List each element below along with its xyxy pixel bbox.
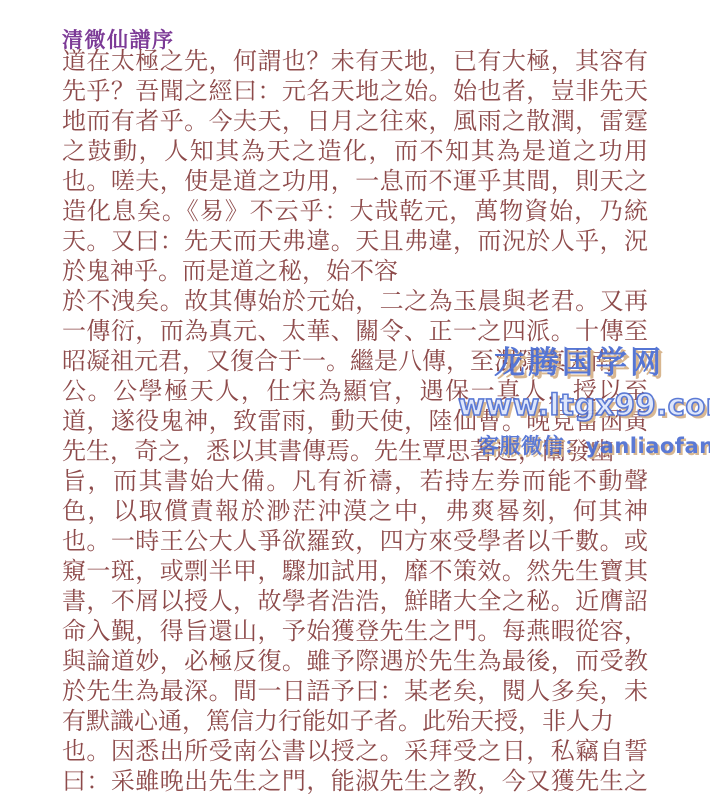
- text-body: 道在太極之先，何謂也？未有天地，已有大極，其容有先乎？吾聞之經曰：元名天地之始。…: [62, 47, 648, 797]
- text-line: 道在太極之先，何謂也？未有天地，已有大極，其容有: [62, 47, 648, 77]
- text-line: 也。因悉出所受南公書以授之。采拜受之日，私竊自誓: [62, 737, 648, 767]
- text-line: 有默識心通，篤信力行能如子者。此殆天授，非人力: [62, 707, 648, 737]
- text-line: 公。公學極天人，仕宋為顯官，遇保一真人，授以至: [62, 377, 648, 407]
- text-line: 曰：采雖晚出先生之門，能淑先生之教，今又獲先生之: [62, 767, 648, 797]
- text-line: 之鼓動，人知其為天之造化，而不知其為是道之功用: [62, 137, 648, 167]
- text-line: 與論道妙，必極反復。雖予際遇於先生為最後，而受教: [62, 647, 648, 677]
- text-line: 也。嗟夫，使是道之功用，一息而不運乎其間，則天之: [62, 167, 648, 197]
- text-line: 旨，而其書始大備。凡有祈禱，若持左券而能不動聲: [62, 467, 648, 497]
- text-line: 地而有者乎。今夫天，日月之往來，風雨之散潤，雷霆: [62, 107, 648, 137]
- text-line: 道，遂役鬼神，致雷雨，動天使，陸仙曹。晚見雷囦黃: [62, 407, 648, 437]
- text-line: 窺一斑，或剽半甲，驟加試用，靡不策效。然先生寶其: [62, 557, 648, 587]
- text-line: 於不洩矣。故其傳始於元始，二之為玉晨與老君。又再: [62, 287, 648, 317]
- text-line: 於鬼神乎。而是道之秘，始不容: [62, 257, 648, 287]
- text-line: 書，不屑以授人，故學者浩浩，鮮睹大全之秘。近膺詔: [62, 587, 648, 617]
- text-line: 先生，奇之，悉以其書傳焉。先生覃思著述，闡發幽: [62, 437, 648, 467]
- document-page: 清微仙譜序 道在太極之先，何謂也？未有天地，已有大極，其容有先乎？吾聞之經曰：元…: [0, 0, 710, 808]
- text-line: 先乎？吾聞之經曰：元名天地之始。始也者，豈非先天: [62, 77, 648, 107]
- text-line: 昭凝祖元君，又復合于一。繼是八傳，至混隱真人南: [62, 347, 648, 377]
- text-line: 色，以取償責報於渺茫沖漠之中，弗爽晷刻，何其神: [62, 497, 648, 527]
- text-line: 造化息矣。《易》不云乎：大哉乾元，萬物資始，乃統: [62, 197, 648, 227]
- text-line: 天。又曰：先天而天弗違。天且弗違，而況於人乎，況: [62, 227, 648, 257]
- text-line: 於先生為最深。間一日語予曰：某老矣，閱人多矣，未: [62, 677, 648, 707]
- text-line: 一傳衍，而為真元、太華、關令、正一之四派。十傳至: [62, 317, 648, 347]
- text-line: 也。一時王公大人爭欲羅致，四方來受學者以千數。或: [62, 527, 648, 557]
- text-line: 命入覲，得旨還山，予始獲登先生之門。每燕暇從容，: [62, 617, 648, 647]
